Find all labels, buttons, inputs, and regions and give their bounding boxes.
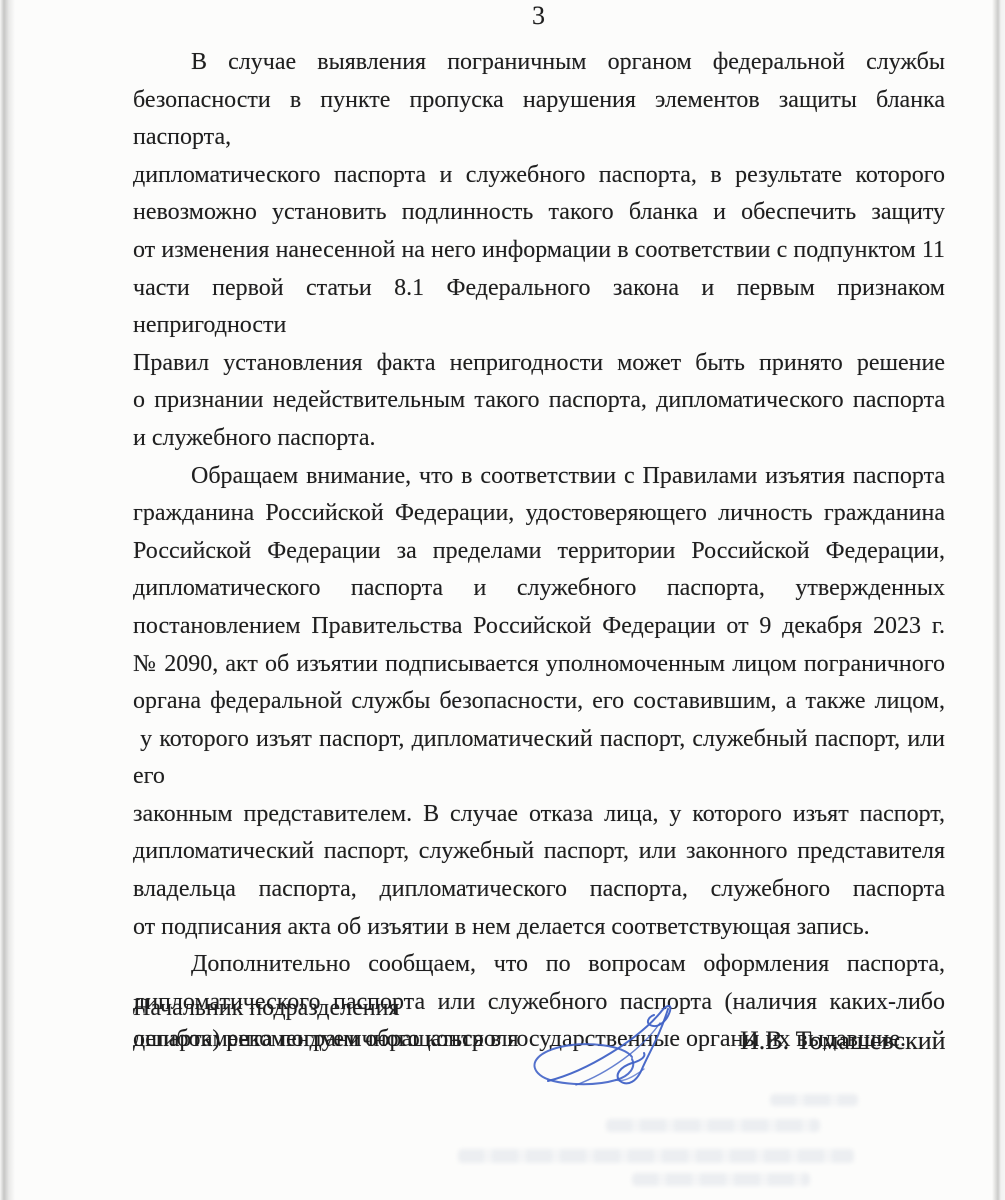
text-line: органа федеральной службы безопасности, … [133, 683, 945, 721]
text-line: постановлением Правительства Российской … [133, 608, 945, 646]
document-page: 3 В случае выявления пограничным органом… [0, 0, 1005, 1200]
text-line: № 2090, акт об изъятии подписывается упо… [133, 646, 945, 684]
text-line: законным представителем. В случае отказа… [133, 796, 945, 834]
handwritten-signature-icon [520, 995, 720, 1105]
paragraph: Обращаем внимание, что в соответствии с … [133, 458, 945, 947]
signer-name: И.В. Томашевский [740, 1026, 965, 1057]
page-number: 3 [133, 1, 945, 31]
scan-edge-right [992, 0, 1005, 1200]
text-line: гражданина Российской Федерации, удостов… [133, 495, 945, 533]
bleed-through-text [458, 1149, 854, 1163]
text-line: Дополнительно сообщаем, что по вопросам … [133, 946, 945, 984]
text-line: безопасности в пункте пропуска нарушения… [133, 82, 945, 157]
text-line: от изменения нанесенной на него информац… [133, 232, 945, 270]
text-line: и служебного паспорта. [133, 420, 945, 458]
text-line: части первой статьи 8.1 Федерального зак… [133, 270, 945, 345]
text-line: от подписания акта об изъятии в нем дела… [133, 909, 945, 947]
text-line: Обращаем внимание, что в соответствии с … [133, 458, 945, 496]
text-line: невозможно установить подлинность такого… [133, 194, 945, 232]
bleed-through-text [606, 1119, 820, 1132]
text-line: дипломатического паспорта и служебного п… [133, 157, 945, 195]
bleed-through-text [632, 1173, 810, 1186]
text-line: В случае выявления пограничным органом ф… [133, 44, 945, 82]
text-line: Российской Федерации за пределами террит… [133, 533, 945, 571]
paragraph: В случае выявления пограничным органом ф… [133, 44, 945, 458]
scan-edge-left [0, 0, 15, 1200]
text-line: владельца паспорта, дипломатического пас… [133, 871, 945, 909]
text-line: у которого изъят паспорт, дипломатически… [133, 721, 945, 796]
text-line: Правил установления факта непригодности … [133, 345, 945, 383]
body-paragraphs: В случае выявления пограничным органом ф… [133, 44, 945, 1059]
text-line: дипломатического паспорта и служебного п… [133, 570, 945, 608]
text-line: дипломатический паспорт, служебный паспо… [133, 833, 945, 871]
text-line: о признании недействительным такого пасп… [133, 382, 945, 420]
bleed-through-text [770, 1094, 858, 1106]
